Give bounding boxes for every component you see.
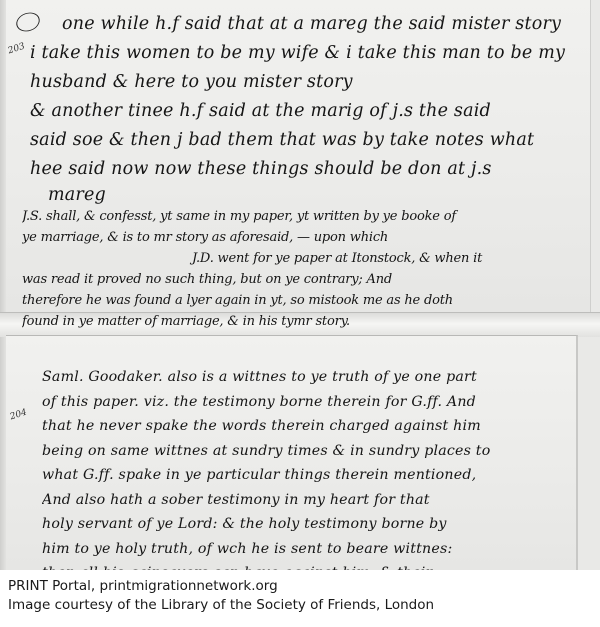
annotation-line: J.D. went for ye paper at Itonstock, & w… [22, 248, 570, 269]
handwritten-line: hee said now now these things should be … [22, 155, 570, 184]
annotation-line: J.S. shall, & confesst, yt same in my pa… [22, 206, 570, 227]
caption-credit: Image courtesy of the Library of the Soc… [8, 596, 434, 615]
handwritten-line: husband & here to you mister story [22, 68, 570, 97]
annotation-line: was read it proved no such thing, but on… [22, 269, 570, 290]
handwritten-line: said soe & then j bad them that was by t… [22, 126, 570, 155]
handwritten-line: of this paper. viz. the testimony borne … [42, 390, 570, 415]
annotation-line: therefore he was found a lyer again in y… [22, 290, 570, 311]
handwritten-line: being on same wittnes at sundry times & … [42, 439, 570, 464]
handwriting-top: one while h.f said that at a mareg the s… [22, 10, 570, 332]
handwritten-line: holy servant of ye Lord: & the holy test… [42, 512, 570, 537]
annotation-line: found in ye matter of marriage, & in his… [22, 311, 570, 332]
handwritten-line: And also hath a sober testimony in my he… [42, 488, 570, 513]
image-caption: PRINT Portal, printmigrationnetwork.org … [8, 577, 434, 615]
handwritten-line: one while h.f said that at a mareg the s… [22, 10, 570, 39]
handwritten-line: i take this women to be my wife & i take… [22, 39, 570, 68]
handwritten-line: mareg [22, 184, 570, 206]
annotation-line: ye marriage, & is to mr story as aforesa… [22, 227, 570, 248]
handwritten-line: & another tinee h.f said at the marig of… [22, 97, 570, 126]
handwriting-bottom: Saml. Goodaker. also is a wittnes to ye … [42, 365, 570, 570]
handwritten-line: that he never spake the words therein ch… [42, 414, 570, 439]
handwritten-line: Saml. Goodaker. also is a wittnes to ye … [42, 365, 570, 390]
handwritten-line: him to ye holy truth, of wch he is sent … [42, 537, 570, 562]
caption-source: PRINT Portal, printmigrationnetwork.org [8, 577, 434, 596]
handwritten-line: what G.ff. spake in ye particular things… [42, 463, 570, 488]
manuscript-scan: 203 204 one while h.f said that at a mar… [0, 0, 600, 570]
handwritten-line: then all his gainsayers can have against… [42, 561, 570, 570]
